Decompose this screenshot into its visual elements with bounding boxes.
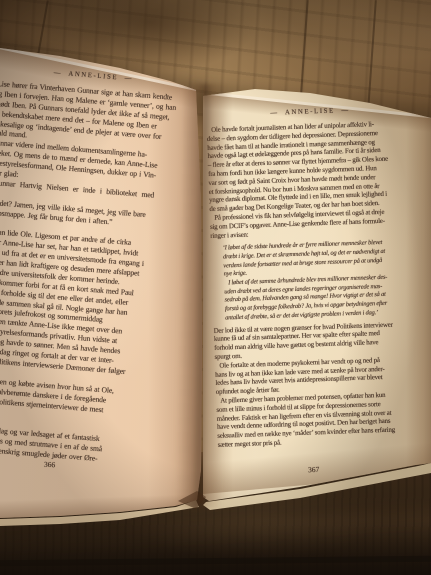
right-body-paragraph-1: Ole havde fortalt journalisten at han li… [207,120,419,242]
right-page-number: 367 [308,465,320,474]
left-page-text-block: — ANNE-LISE — nne-Lise hører fra Vinterh… [0,64,201,470]
right-body-blockquote: ‘I løbet af de sidste hundrede år er fyr… [223,239,408,323]
spine-gutter-shadow [174,84,229,509]
left-body-text: nne-Lise hører fra Vinterhaven Gunnar si… [0,78,200,470]
right-page-text-block: — ANNE-LISE — Ole havde fortalt journali… [206,105,426,451]
left-page-number: 366 [44,460,56,469]
book-photo: — ANNE-LISE — nne-Lise hører fra Vinterh… [0,0,431,575]
right-body-paragraph-2: Der lod ikke til at være nogen grænser f… [214,320,426,450]
